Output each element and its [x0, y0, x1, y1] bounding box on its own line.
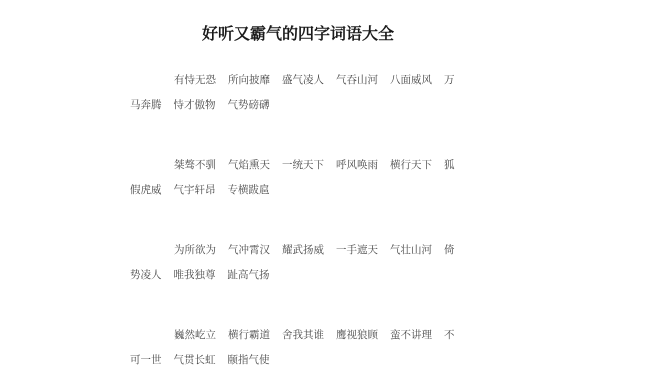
idiom-text: 马奔腾 — [130, 99, 162, 111]
idiom-text: 气宇轩昂 — [174, 184, 216, 196]
idiom-text: 恃才傲物 — [174, 99, 216, 111]
paragraph-line: 马奔腾恃才傲物气势磅礴 — [130, 93, 466, 118]
idiom-paragraphs: 有恃无恐所向披靡盛气凌人气吞山河八面威风万马奔腾恃才傲物气势磅礴桀骜不驯气焰熏天… — [130, 68, 466, 373]
paragraph: 桀骜不驯气焰熏天一统天下呼风唤雨横行天下狐假虎威气宇轩昂专横跋扈 — [130, 153, 466, 203]
idiom-text: 不 — [444, 329, 455, 341]
paragraph: 为所欲为气冲霄汉耀武扬威一手遮天气壮山河倚势凌人唯我独尊趾高气扬 — [130, 238, 466, 288]
idiom-text: 盛气凌人 — [282, 74, 324, 86]
idiom-text: 可一世 — [130, 354, 162, 366]
paragraph-line: 有恃无恐所向披靡盛气凌人气吞山河八面威风万 — [130, 68, 466, 93]
document-page: 好听又霸气的四字词语大全 有恃无恐所向披靡盛气凌人气吞山河八面威风万马奔腾恃才傲… — [130, 0, 466, 373]
paragraph-line: 假虎威气宇轩昂专横跋扈 — [130, 178, 466, 203]
idiom-text: 气势磅礴 — [228, 99, 270, 111]
idiom-text: 耀武扬威 — [282, 244, 324, 256]
idiom-text: 颐指气使 — [228, 354, 270, 366]
idiom-text: 唯我独尊 — [174, 269, 216, 281]
idiom-text: 舍我其谁 — [282, 329, 324, 341]
idiom-text: 所向披靡 — [228, 74, 270, 86]
page-title: 好听又霸气的四字词语大全 — [130, 0, 466, 45]
idiom-text: 气焰熏天 — [228, 159, 270, 171]
idiom-text: 为所欲为 — [174, 244, 216, 256]
idiom-text: 假虎威 — [130, 184, 162, 196]
idiom-text: 八面威风 — [390, 74, 432, 86]
idiom-text: 气贯长虹 — [174, 354, 216, 366]
idiom-text: 一手遮天 — [336, 244, 378, 256]
idiom-text: 一统天下 — [282, 159, 324, 171]
idiom-text: 气壮山河 — [390, 244, 432, 256]
idiom-text: 狐 — [444, 159, 455, 171]
paragraph-line: 为所欲为气冲霄汉耀武扬威一手遮天气壮山河倚 — [130, 238, 466, 263]
idiom-text: 有恃无恐 — [174, 74, 216, 86]
paragraph-line: 桀骜不驯气焰熏天一统天下呼风唤雨横行天下狐 — [130, 153, 466, 178]
idiom-text: 专横跋扈 — [228, 184, 270, 196]
idiom-text: 气吞山河 — [336, 74, 378, 86]
idiom-text: 巍然屹立 — [174, 329, 216, 341]
paragraph-line: 可一世气贯长虹颐指气使 — [130, 348, 466, 373]
idiom-text: 势凌人 — [130, 269, 162, 281]
idiom-text: 桀骜不驯 — [174, 159, 216, 171]
idiom-text: 万 — [444, 74, 455, 86]
idiom-text: 鹰视狼顾 — [336, 329, 378, 341]
idiom-text: 趾高气扬 — [228, 269, 270, 281]
idiom-text: 气冲霄汉 — [228, 244, 270, 256]
paragraph: 有恃无恐所向披靡盛气凌人气吞山河八面威风万马奔腾恃才傲物气势磅礴 — [130, 68, 466, 118]
paragraph-line: 势凌人唯我独尊趾高气扬 — [130, 263, 466, 288]
idiom-text: 蛮不讲理 — [390, 329, 432, 341]
idiom-text: 横行天下 — [390, 159, 432, 171]
paragraph-line: 巍然屹立横行霸道舍我其谁鹰视狼顾蛮不讲理不 — [130, 323, 466, 348]
paragraph: 巍然屹立横行霸道舍我其谁鹰视狼顾蛮不讲理不可一世气贯长虹颐指气使 — [130, 323, 466, 373]
idiom-text: 倚 — [444, 244, 455, 256]
idiom-text: 呼风唤雨 — [336, 159, 378, 171]
idiom-text: 横行霸道 — [228, 329, 270, 341]
